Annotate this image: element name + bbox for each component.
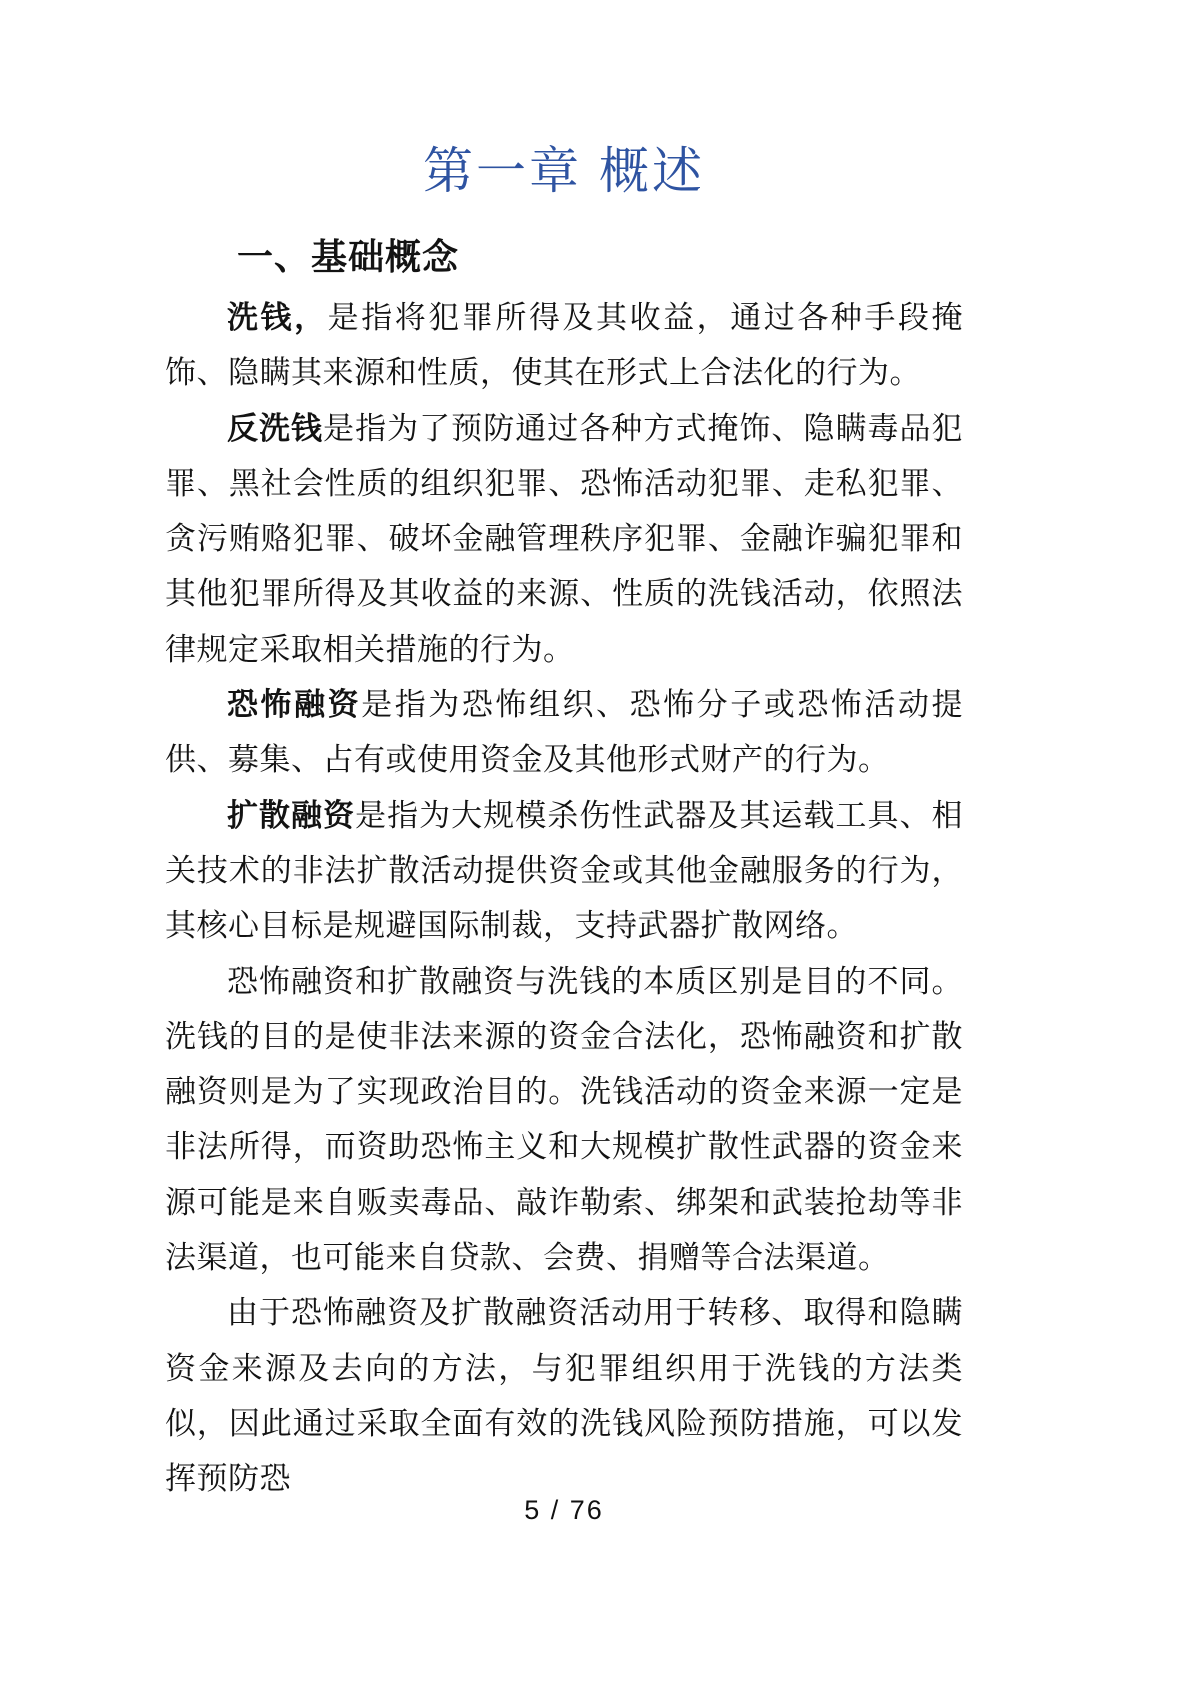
paragraph: 由于恐怖融资及扩散融资活动用于转移、取得和隐瞒资金来源及去向的方法，与犯罪组织用… — [165, 1285, 963, 1506]
paragraph: 反洗钱是指为了预防通过各种方式掩饰、隐瞒毒品犯罪、黑社会性质的组织犯罪、恐怖活动… — [165, 401, 963, 677]
chapter-title: 第一章 概述 — [165, 136, 963, 206]
body-text-block: 洗钱，是指将犯罪所得及其收益，通过各种手段掩饰、隐瞒其来源和性质，使其在形式上合… — [165, 290, 963, 1507]
page-footer: 5 / 76 — [165, 1492, 963, 1528]
paragraph-text: 是指为了预防通过各种方式掩饰、隐瞒毒品犯罪、黑社会性质的组织犯罪、恐怖活动犯罪、… — [165, 411, 963, 667]
lead-term: 洗钱， — [227, 300, 328, 335]
lead-term: 恐怖融资 — [227, 687, 361, 722]
lead-term: 扩散融资 — [227, 798, 355, 833]
paragraph: 扩散融资是指为大规模杀伤性武器及其运载工具、相关技术的非法扩散活动提供资金或其他… — [165, 788, 963, 954]
paragraph-text: 由于恐怖融资及扩散融资活动用于转移、取得和隐瞒资金来源及去向的方法，与犯罪组织用… — [165, 1295, 963, 1496]
paragraph: 洗钱，是指将犯罪所得及其收益，通过各种手段掩饰、隐瞒其来源和性质，使其在形式上合… — [165, 290, 963, 401]
document-page: 第一章 概述 一、基础概念 洗钱，是指将犯罪所得及其收益，通过各种手段掩饰、隐瞒… — [0, 0, 1190, 1683]
section-heading: 一、基础概念 — [165, 234, 963, 280]
page-number: 5 / 76 — [524, 1495, 604, 1525]
paragraph-text: 恐怖融资和扩散融资与洗钱的本质区别是目的不同。洗钱的目的是使非法来源的资金合法化… — [165, 964, 963, 1275]
paragraph: 恐怖融资和扩散融资与洗钱的本质区别是目的不同。洗钱的目的是使非法来源的资金合法化… — [165, 954, 963, 1286]
paragraph: 恐怖融资是指为恐怖组织、恐怖分子或恐怖活动提供、募集、占有或使用资金及其他形式财… — [165, 677, 963, 788]
lead-term: 反洗钱 — [227, 411, 323, 446]
